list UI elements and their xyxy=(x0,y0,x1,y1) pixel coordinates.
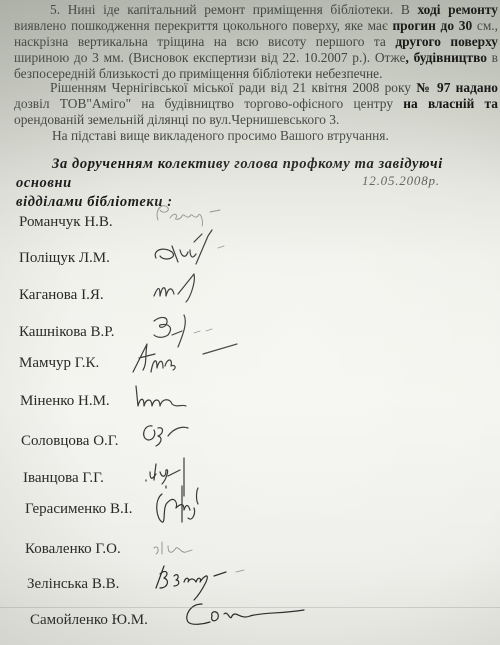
signatory-name: Зелінська В.В. xyxy=(27,576,119,593)
paper-fold-line xyxy=(0,607,500,608)
p5-text-2: виявлено пошкодження перекриття цокольно… xyxy=(14,18,392,33)
p5-text-1: 5. Нині іде капітальний ремонт приміщенн… xyxy=(50,2,417,17)
signatory-name: Мамчур Г.К. xyxy=(19,355,99,372)
signature-samoilenko xyxy=(180,596,310,631)
signature-polishchuk xyxy=(150,228,240,273)
signature-herasymenko xyxy=(148,478,228,538)
p5-bold-2: прогин до 30 xyxy=(392,18,472,33)
decision-text-2: дозвіл ТОВ"Аміго" на будівництво торгово… xyxy=(14,96,403,111)
signatory-name: Міненко Н.М. xyxy=(20,393,110,410)
signature-minenko xyxy=(130,382,200,412)
signatory-name: Самойленко Ю.М. xyxy=(30,612,148,629)
paragraph-decision: Рішенням Чернігівської міської ради від … xyxy=(14,80,498,128)
p5-bold-1: ході ремонту xyxy=(417,2,498,17)
signature-romanchuk xyxy=(150,198,250,228)
heading-italic-bold-start: За дорученням колективу голова профкому … xyxy=(52,156,430,172)
decision-text-1: Рішенням Чернігівської міської ради від … xyxy=(50,80,416,95)
paragraph-request: На підставі вище викладеного просимо Ваш… xyxy=(52,128,492,144)
decision-text-3: орендованій земельній ділянці по вул.Чер… xyxy=(14,112,339,127)
p5-bold-3: другого поверху xyxy=(395,34,498,49)
signature-solovtsova xyxy=(138,418,208,448)
signatory-name: Кашнікова В.Р. xyxy=(19,324,115,341)
decision-bold-1: № 97 надано xyxy=(416,80,498,95)
signature-mamchur xyxy=(125,338,245,378)
decision-bold-2: на власній та xyxy=(403,96,498,111)
signatory-name: Коваленко Г.О. xyxy=(25,541,121,558)
signatory-name: Романчук Н.В. xyxy=(19,214,113,231)
signatory-name: Іванцова Г.Г. xyxy=(23,470,104,487)
signatory-name: Каганова І.Я. xyxy=(19,287,104,304)
paragraph-5: 5. Нині іде капітальний ремонт приміщенн… xyxy=(14,2,498,82)
p5-bold-4: , будівництво xyxy=(406,50,487,65)
signatory-name: Поліщук Л.М. xyxy=(19,250,110,267)
signature-kaganova xyxy=(150,268,220,308)
signatory-name: Герасименко В.І. xyxy=(25,501,132,518)
signatory-name: Соловцова О.Г. xyxy=(21,433,119,450)
p5-text-4: шириною до 3 мм. (Висновок експертизи ві… xyxy=(14,50,406,65)
document-date: 12.05.2008р. xyxy=(362,173,440,189)
